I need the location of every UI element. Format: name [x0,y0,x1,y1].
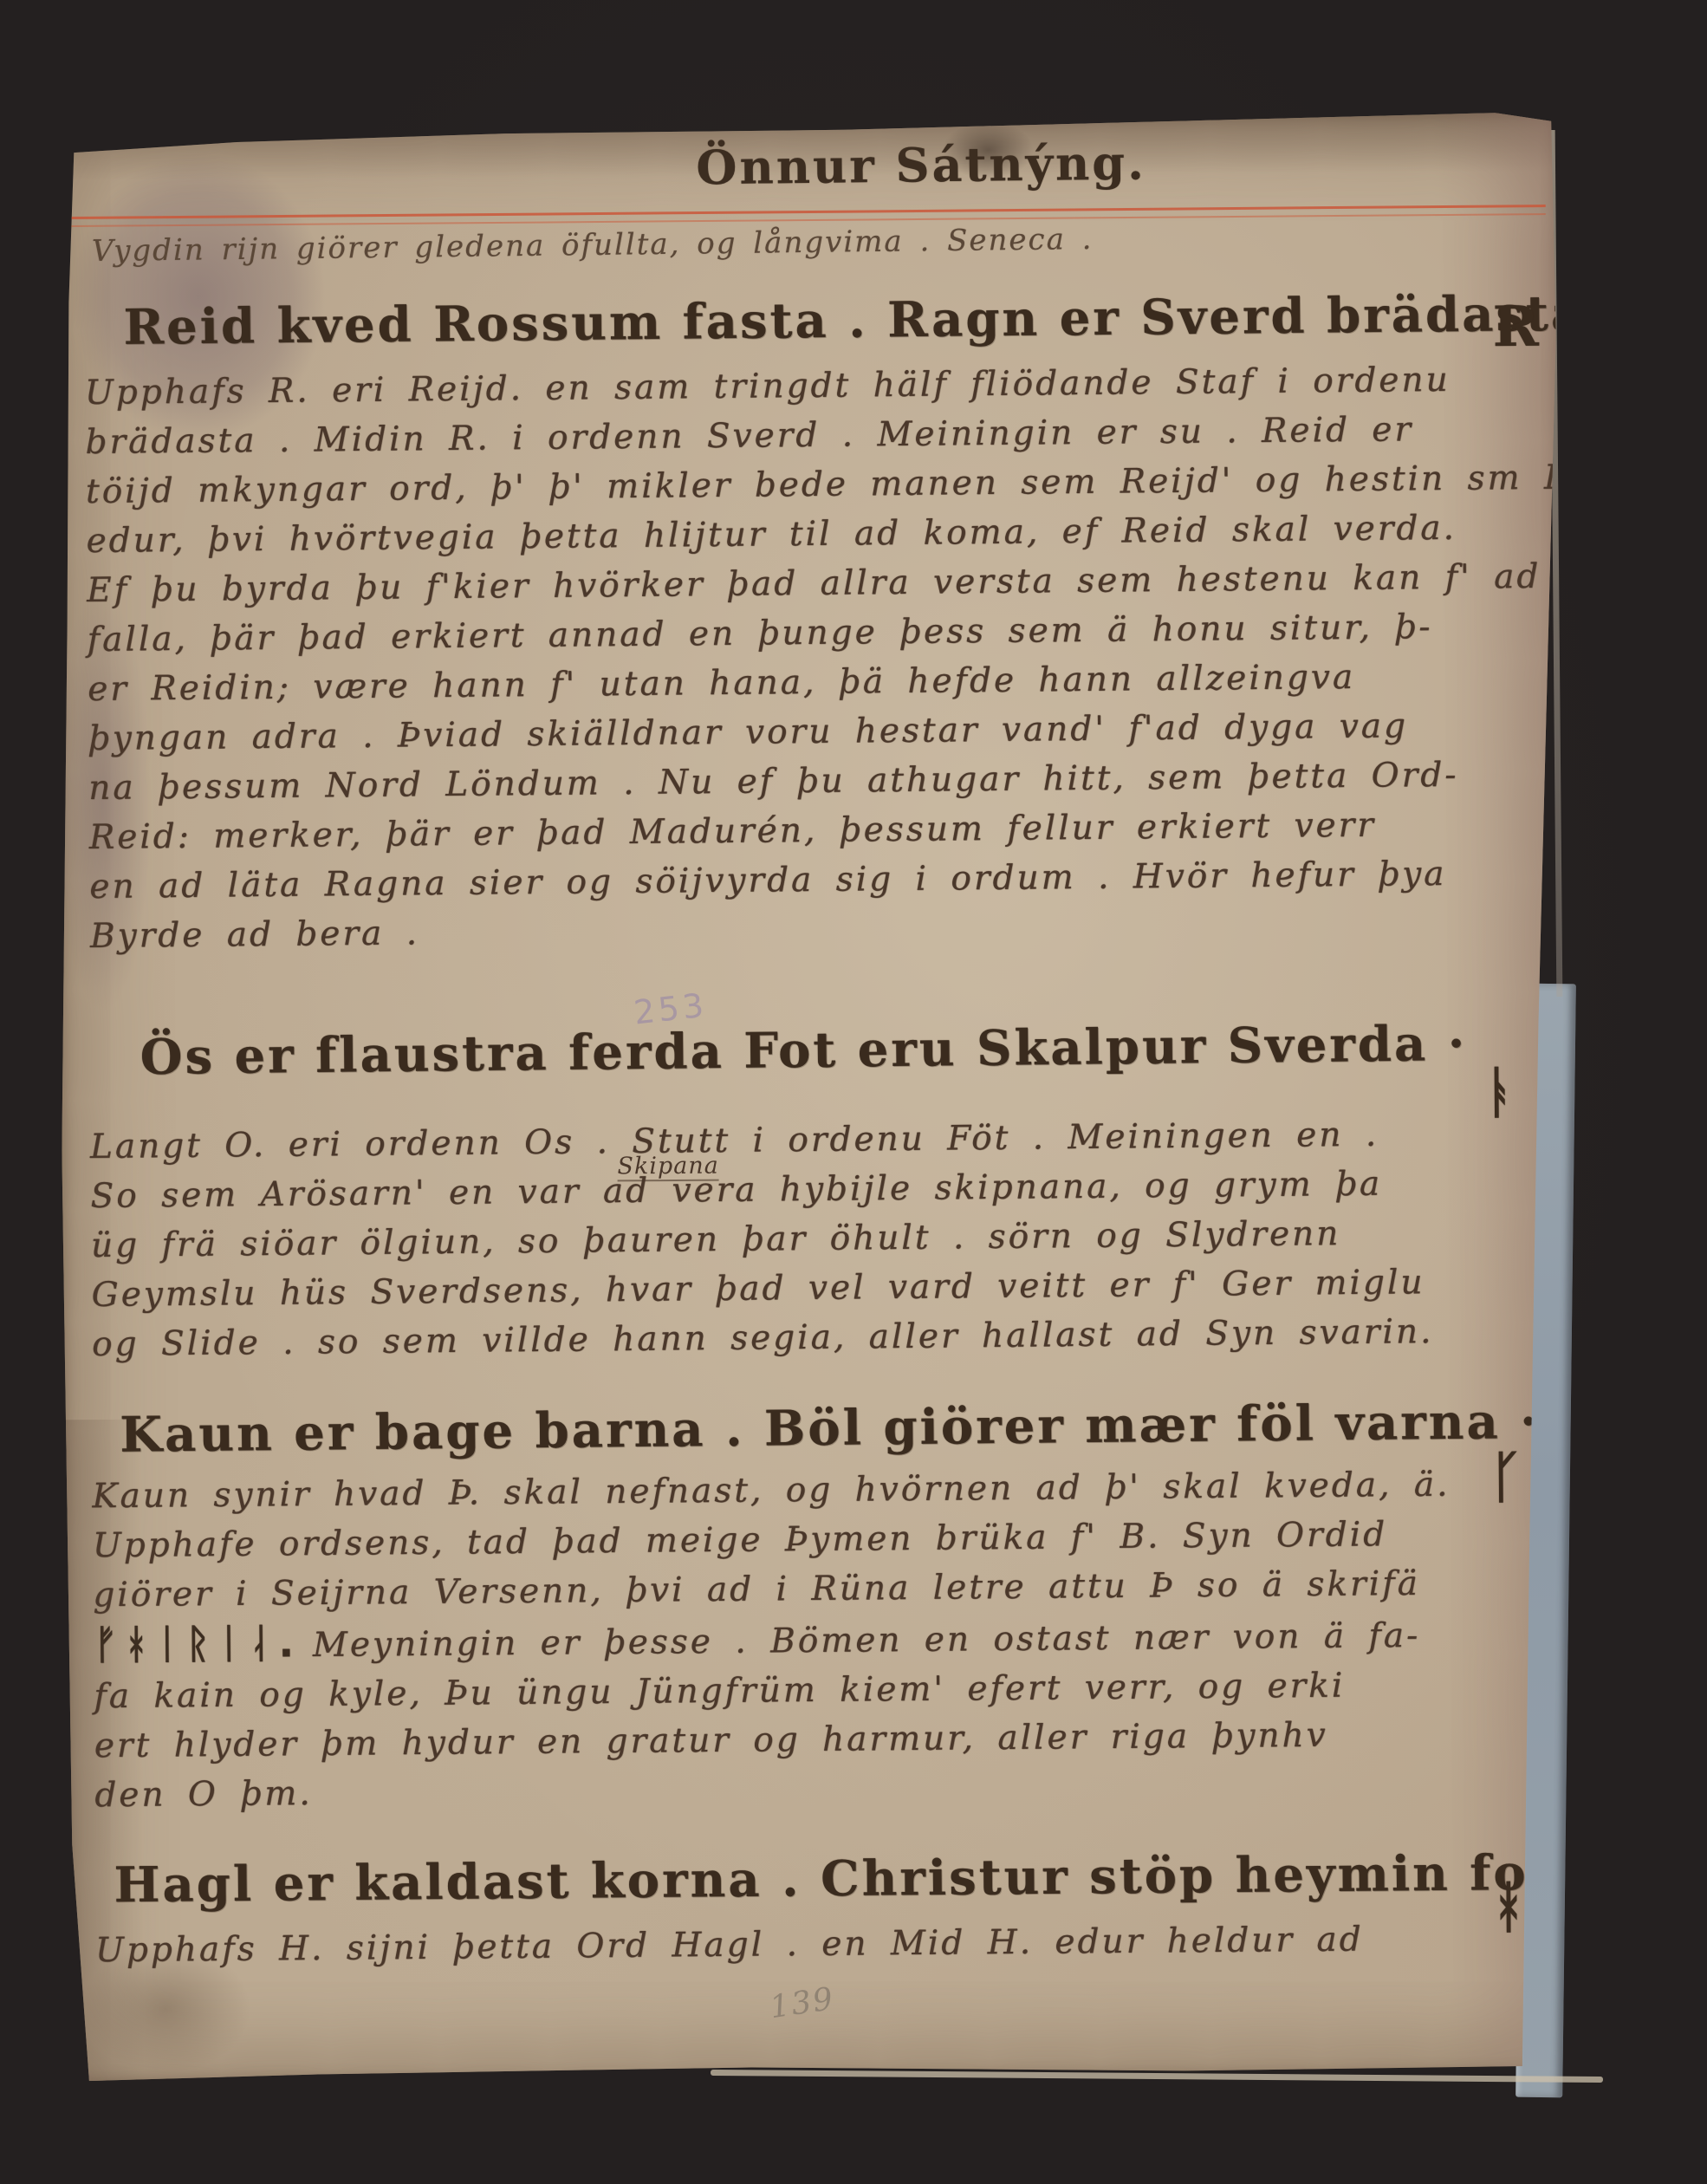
page-edge-sliver-bottom [711,2070,1603,2083]
page-title: Önnur Sátnýng. [696,134,1217,196]
section-body-reid: Upphafs R. eri Reijd. en sam tringdt häl… [85,354,1529,961]
section-body-kaun: Kaun synir hvad Þ. skal nefnast, og hvör… [92,1459,1533,1820]
manuscript-page: Önnur Sátnýng. Vygdin rijn giörer gleden… [55,111,1569,2084]
section-body-oss: Langt O. eri ordenn Os . Stutt i ordenu … [90,1108,1531,1369]
text-after-runes: Meyningin er þesse . Bömen en ostast nær… [313,1616,1421,1665]
epigraph-line: Vygdin rijn giörer gledena öfullta, og l… [92,220,1218,269]
folio-number: 139 [768,1981,837,2025]
section-body-hagl: Upphafs H. sijni þetta Ord Hagl . en Mid… [95,1914,1534,1975]
title-rule [71,205,1546,227]
section-heading-kaun: Kaun er bage barna . Böl giörer mær föl … [120,1393,1540,1464]
text-line: Upphafs H. sijni þetta Ord Hagl . en Mid… [95,1914,1534,1975]
runic-letters: ᚠᚼᛁᚱᛁᛆ. [94,1619,302,1667]
section-heading-oss: Ös er flaustra ferda Fot eru Skalpur Sve… [140,1015,1467,1086]
section-heading-hagl: Hagl er kaldast korna . Christur stöp he… [114,1843,1667,1914]
reid-rune-margin: R [1492,295,1539,360]
photograph-backdrop: Önnur Sátnýng. Vygdin rijn giörer gleden… [0,0,1707,2184]
section-heading-reid: Reid kved Rossum fasta . Ragn er Sverd b… [123,284,1632,356]
